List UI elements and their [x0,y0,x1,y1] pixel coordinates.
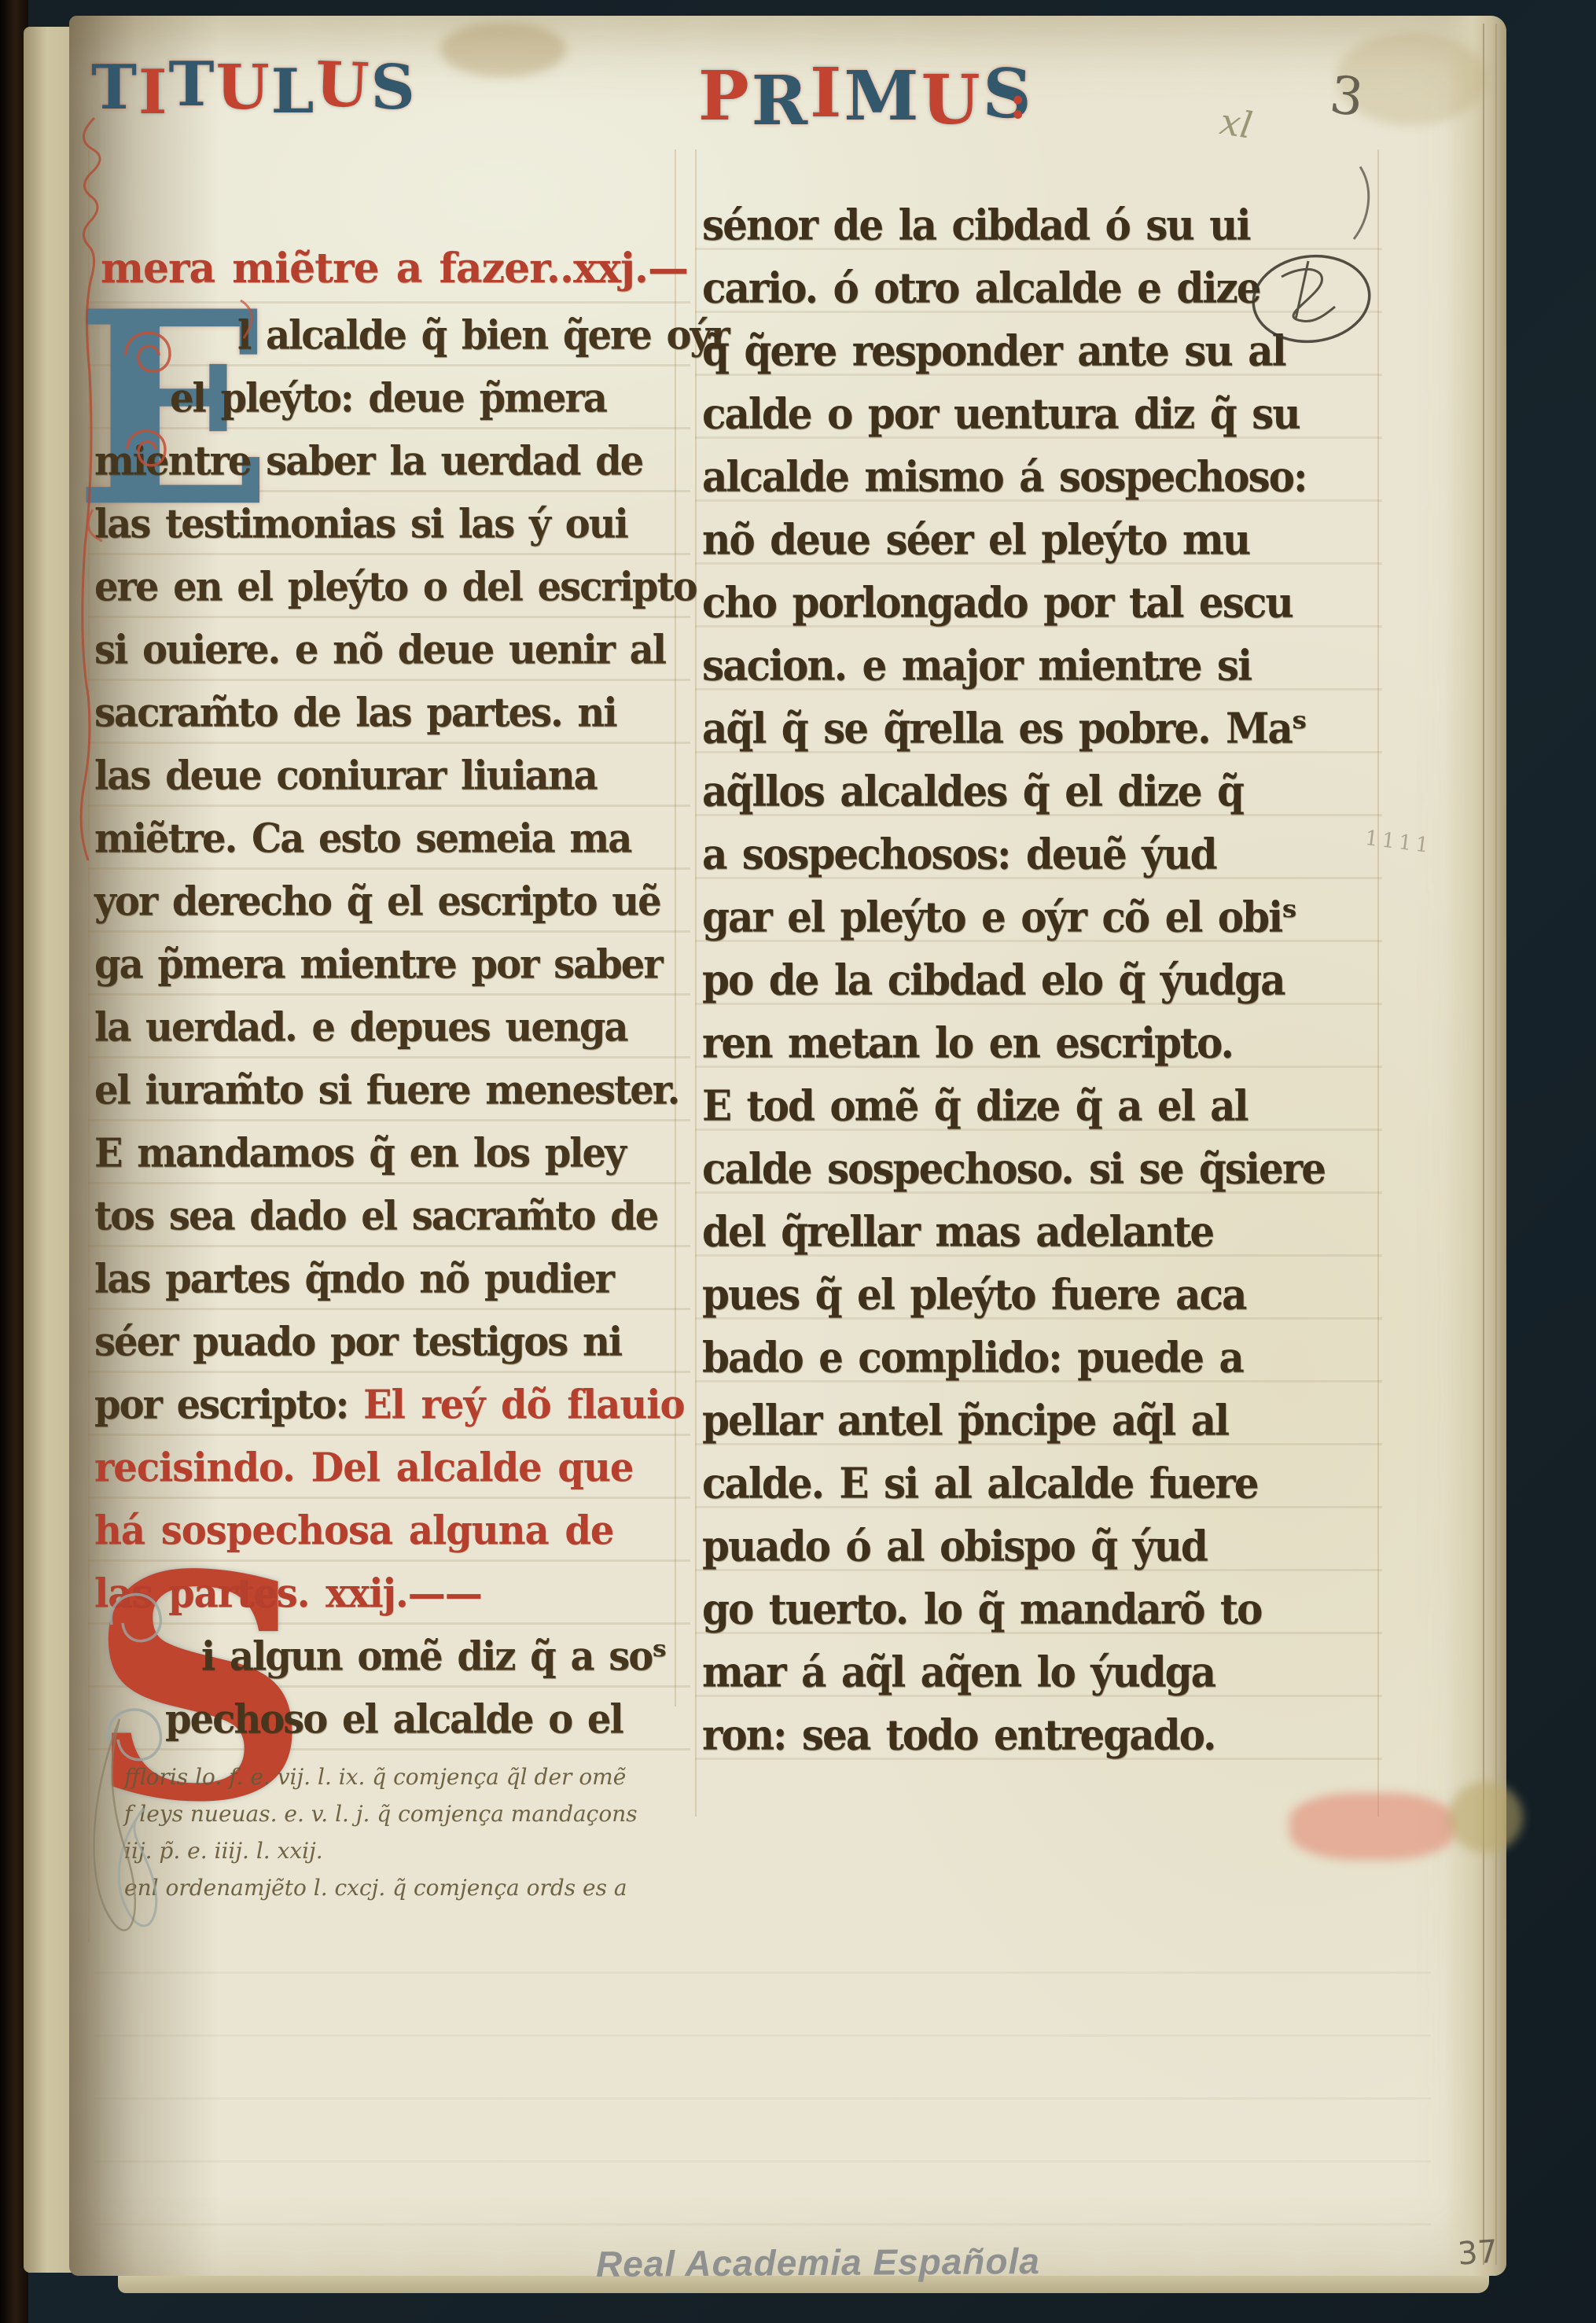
text-line: puado ó al obispo q̃ ýud [702,1513,1325,1580]
left-text-column: l alcalde q̃ bien q̃ere oýr el pleýto: d… [94,302,729,1749]
text-line: go tuerto. lo q̃ mandarõ to [702,1576,1325,1643]
text-line: calde. E si al alcalde fuere [702,1450,1325,1517]
gloss-line: enl ordenamjẽto l. cxcj. q̃ comjença ord… [124,1869,638,1906]
rubric-line: las partes. xxij.—— [94,1560,729,1627]
ruling-blank-area [94,1911,1431,2241]
rubric-line: há sospechosa alguna de [94,1497,729,1564]
text-line: aq̃llos alcaldes q̃ el dize q̃ [702,758,1325,825]
rubric-segment: El reý dõ flauio [363,1382,684,1428]
text-line-mixed: por escripto: El reý dõ flauio [94,1371,729,1438]
text-line: a sospechosos: deuẽ ýud [702,821,1325,888]
gloss-line: ffloris lo. f. e. vij. l. ix. q̃ comjenç… [124,1758,638,1795]
gloss-line: f leys nueuas. e. v. l. j. q̃ comjença m… [124,1795,638,1832]
text-line: del q̃rellar mas adelante [702,1198,1325,1265]
stain [440,22,566,77]
text-line: ga p̃mera mientre por saber [94,931,729,998]
text-line: q̃ q̃ere responder ante su al [702,318,1325,385]
text-line: cho porlongado por tal escu [702,569,1325,636]
pencil-foliation-mark: xl [1217,100,1256,147]
text-line: las deue coniurar liuiana [94,742,729,809]
header-letter: U [216,52,271,123]
header-letter: R [752,61,810,141]
text-line: alcalde mismo á sospechoso: [702,444,1325,510]
gloss-line: iij. p̃. e. iiij. l. xxij. [124,1832,638,1869]
text-line: yor derecho q̃ el escripto uẽ [94,868,729,935]
header-letter: T [169,49,216,120]
pink-smudge-stain [1289,1793,1454,1860]
text-line: la uerdad. e depues uenga [94,994,729,1061]
page-edge-line [1495,24,1497,2265]
text-line: séer puado por testigos ni [94,1309,729,1375]
text-segment: por escripto: [94,1382,348,1428]
marginal-glosses: ffloris lo. f. e. vij. l. ix. q̃ comjenç… [124,1758,638,1906]
text-line: sénor de la cibdad ó su ui [702,192,1325,259]
text-line: E mandamos q̃ en los pley [94,1120,729,1187]
rubric-line: recisindo. Del alcalde que [94,1434,729,1501]
running-header-titulus: TITULUS [91,52,417,123]
page-edge-line [1483,24,1484,2265]
right-text-column: sénor de la cibdad ó su ui cario. ó otro… [702,192,1325,1765]
text-line: sacram̃to de las partes. ni [94,679,729,746]
text-line: aq̃l q̃ se q̃rella es pobre. Maˢ [702,695,1325,762]
header-letter: S [371,52,417,123]
text-line: ron: sea todo entregado. [702,1702,1325,1769]
header-letter: S [981,53,1035,134]
header-letter: U [921,61,983,140]
folio-number: 37 [1456,2233,1499,2272]
text-line: el pleýto: deue p̃mera [94,365,729,432]
fore-edge [1445,16,1506,2276]
header-letter: I [810,53,844,133]
text-line: mar á aq̃l aq̃en lo ýudga [702,1639,1325,1706]
text-line: bado e complido: puede a [702,1324,1325,1391]
text-line: calde o por uentura diz q̃ su [702,381,1325,447]
text-line: ere en el pleýto o del escripto [94,554,729,620]
header-colon: : [1009,75,1026,129]
text-line: las testimonias si las ý oui [94,491,729,558]
text-line: mientre saber la uerdad de [94,428,729,495]
library-watermark: Real Academia Española [596,2240,1040,2285]
text-line: miẽtre. Ca esto semeia ma [94,805,729,872]
text-line: l alcalde q̃ bien q̃ere oýr [94,302,729,369]
header-letter: M [844,57,921,136]
text-line: si ouiere. e nõ deue uenir al [94,617,729,683]
header-letter: P [698,57,752,136]
text-line: gar el pleýto e oýr cõ el obiˢ [702,884,1325,951]
text-line: las partes q̃ndo nõ pudier [94,1246,729,1312]
text-line: i algun omẽ diz q̃ a soˢ [94,1623,729,1690]
ruling-vertical [1377,149,1379,1817]
header-letter: I [138,57,169,128]
header-letter: U [314,49,372,122]
text-line: nõ deue séer el pleýto mu [702,506,1325,573]
text-line: cario. ó otro alcalde e dize [702,255,1325,322]
text-line: ren metan lo en escripto. [702,1010,1325,1077]
header-letter: L [271,56,316,127]
text-line: E tod omẽ q̃ dize q̃ a el al [702,1073,1325,1139]
text-line: calde sospechoso. si se q̃siere [702,1136,1325,1202]
text-line: pechoso el alcalde o el [94,1686,729,1753]
text-line: sacion. e major mientre si [702,632,1325,699]
text-line: pues q̃ el pleýto fuere aca [702,1261,1325,1328]
tan-stain [1448,1782,1523,1853]
running-header-primus: PRIMUS [698,57,1034,136]
text-line: pellar antel p̃ncipe aq̃l al [702,1387,1325,1454]
text-line: tos sea dado el sacram̃to de [94,1183,729,1250]
text-line: el iuram̃to si fuere menester. [94,1057,729,1124]
manuscript-scan: TITULUS PRIMUS : mera miẽtre a fazer..xx… [0,0,1596,2323]
header-letter: T [91,52,138,123]
text-line: po de la cibdad elo q̃ ýudga [702,947,1325,1014]
